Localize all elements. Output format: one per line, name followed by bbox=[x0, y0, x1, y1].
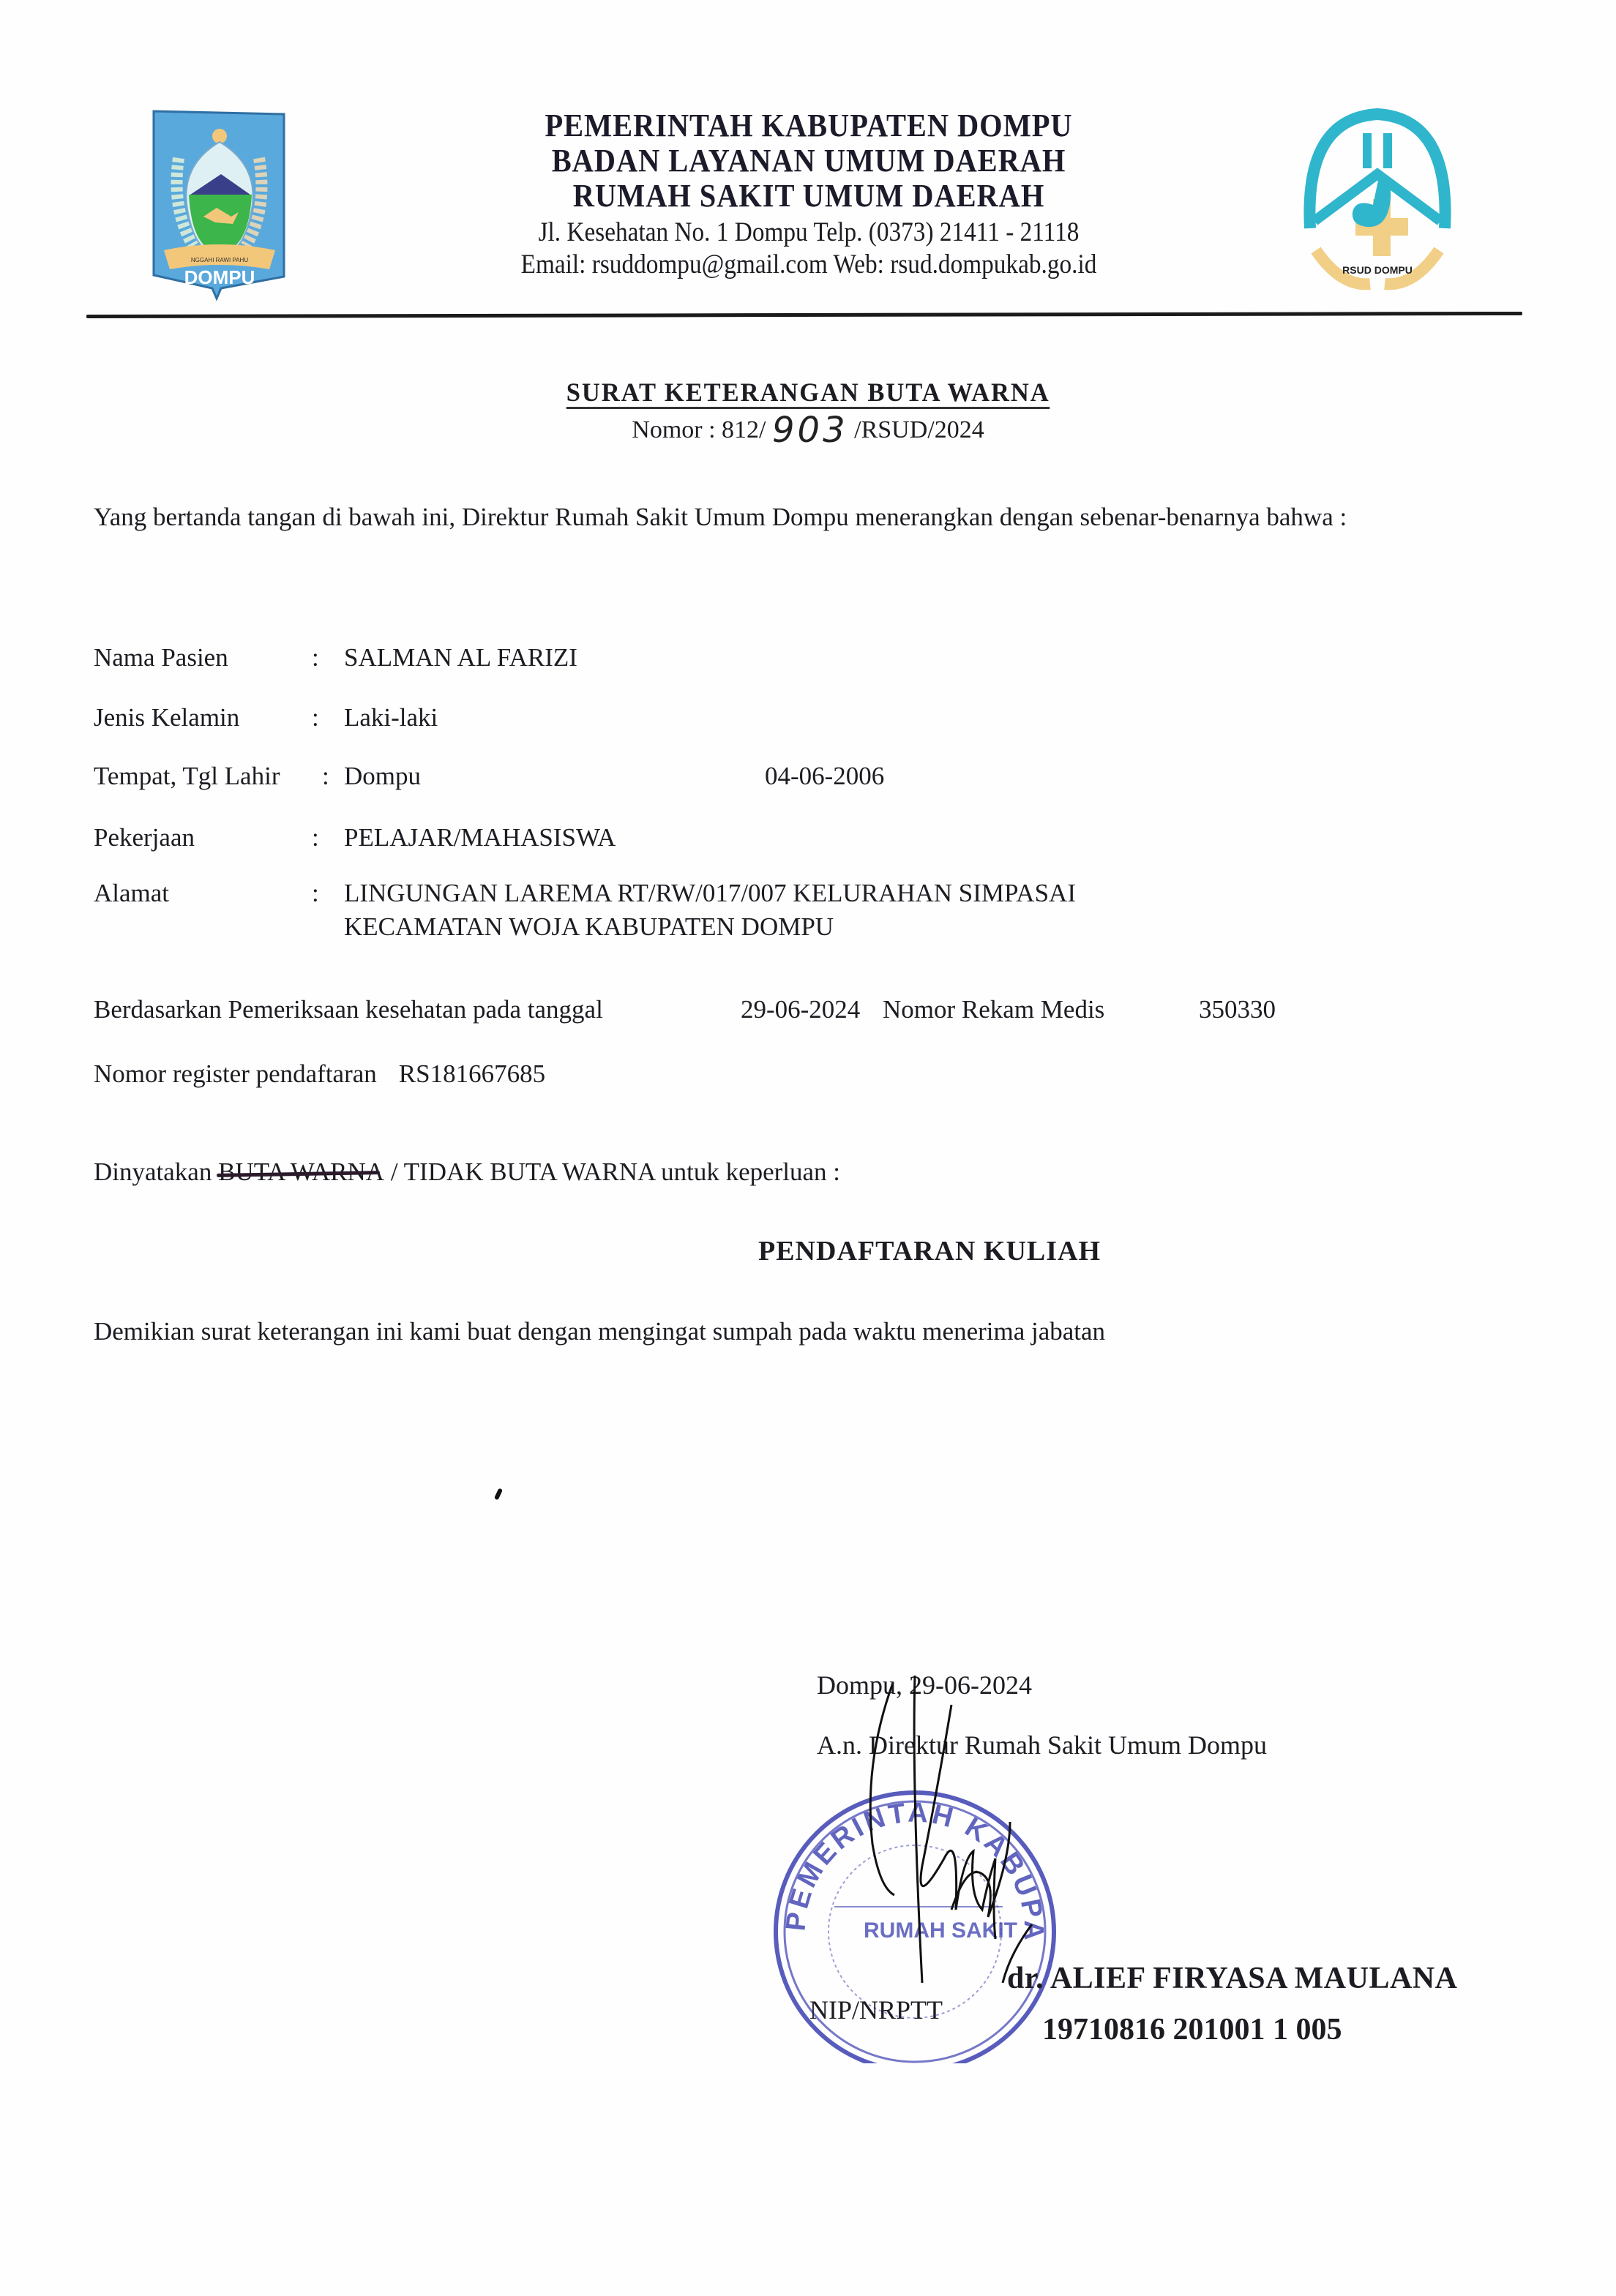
field-label: Pekerjaan bbox=[94, 821, 312, 855]
medical-record-number: 350330 bbox=[1199, 995, 1276, 1024]
field-gender: Jenis Kelamin : Laki-laki bbox=[94, 701, 438, 735]
medical-record-label: Nomor Rekam Medis bbox=[883, 995, 1104, 1024]
field-label: Nama Pasien bbox=[94, 641, 312, 675]
exam-label: Berdasarkan Pemeriksaan kesehatan pada t… bbox=[94, 995, 603, 1024]
svg-text:RSUD DOMPU: RSUD DOMPU bbox=[1342, 264, 1413, 276]
document-heading: SURAT KETERANGAN BUTA WARNA bbox=[566, 378, 1050, 409]
closing-statement: Demikian surat keterangan ini kami buat … bbox=[94, 1317, 1105, 1346]
letterhead: PEMERINTAH KABUPATEN DOMPU BADAN LAYANAN… bbox=[307, 108, 1310, 281]
field-colon: : bbox=[312, 877, 344, 944]
regency-coat-of-arms-icon: NGGAHI RAWI PAHU DOMPU bbox=[149, 107, 288, 304]
field-label: Tempat, Tgl Lahir bbox=[94, 759, 322, 793]
letterhead-contact: Email: rsuddompu@gmail.com Web: rsud.dom… bbox=[358, 249, 1260, 281]
registration-label: Nomor register pendaftaran bbox=[94, 1059, 377, 1088]
birth-date: 04-06-2006 bbox=[765, 759, 884, 793]
field-address: Alamat : LINGUNGAN LAREMA RT/RW/017/007 … bbox=[94, 877, 1076, 944]
color-blind-statement: Dinyatakan BUTA WARNA / TIDAK BUTA WARNA… bbox=[94, 1158, 840, 1187]
field-value: PELAJAR/MAHASISWA bbox=[344, 821, 616, 855]
selected-option: TIDAK BUTA WARNA bbox=[404, 1158, 655, 1186]
svg-text:DOMPU: DOMPU bbox=[184, 266, 255, 288]
struck-option: BUTA WARNA bbox=[218, 1158, 384, 1187]
letterhead-line: BADAN LAYANAN UMUM DAERAH bbox=[348, 143, 1270, 179]
field-colon: : bbox=[312, 821, 344, 855]
field-value: LINGUNGAN LAREMA RT/RW/017/007 KELURAHAN… bbox=[344, 877, 1076, 944]
hospital-logo-icon: RSUD DOMPU bbox=[1297, 104, 1458, 296]
svg-text:NGGAHI RAWI PAHU: NGGAHI RAWI PAHU bbox=[191, 257, 248, 263]
field-occupation: Pekerjaan : PELAJAR/MAHASISWA bbox=[94, 821, 616, 855]
document-number: Nomor : 812/ 903 /RSUD/2024 bbox=[0, 410, 1616, 451]
letterhead-divider bbox=[86, 312, 1522, 318]
signature-icon bbox=[812, 1676, 1061, 1983]
registration-info: Nomor register pendaftaranRS181667685 bbox=[94, 1059, 545, 1089]
number-prefix: Nomor : 812/ bbox=[632, 416, 766, 443]
field-value: Laki-laki bbox=[344, 701, 438, 735]
field-colon: : bbox=[312, 701, 344, 735]
exam-date: 29-06-2024 bbox=[741, 995, 860, 1024]
field-label: Jenis Kelamin bbox=[94, 701, 312, 735]
nip-label: NIP/NRPTT bbox=[809, 1995, 943, 2025]
number-suffix: /RSUD/2024 bbox=[854, 416, 984, 443]
field-value: SALMAN AL FARIZI bbox=[344, 641, 577, 675]
statement-suffix: untuk keperluan : bbox=[654, 1158, 840, 1186]
field-patient-name: Nama Pasien : SALMAN AL FARIZI bbox=[94, 641, 577, 675]
field-colon: : bbox=[322, 759, 344, 793]
letterhead-line: RUMAH SAKIT UMUM DAERAH bbox=[348, 179, 1270, 214]
purpose: PENDAFTARAN KULIAH bbox=[758, 1235, 1101, 1267]
stray-mark bbox=[494, 1487, 503, 1500]
statement-prefix: Dinyatakan bbox=[94, 1158, 218, 1186]
signatory-name: dr. ALIEF FIRYASA MAULANA bbox=[1007, 1961, 1457, 1996]
number-handwritten: 903 bbox=[772, 410, 848, 451]
field-birth: Tempat, Tgl Lahir : Dompu 04-06-2006 bbox=[94, 759, 1118, 793]
letterhead-address: Jl. Kesehatan No. 1 Dompu Telp. (0373) 2… bbox=[358, 217, 1260, 249]
statement-separator: / bbox=[384, 1158, 404, 1186]
intro-paragraph: Yang bertanda tangan di bawah ini, Direk… bbox=[94, 500, 1353, 534]
letterhead-line: PEMERINTAH KABUPATEN DOMPU bbox=[348, 108, 1270, 143]
field-colon: : bbox=[312, 641, 344, 675]
document-title: SURAT KETERANGAN BUTA WARNA bbox=[0, 378, 1616, 409]
field-label: Alamat bbox=[94, 877, 312, 944]
signatory-nip: 19710816 201001 1 005 bbox=[1042, 2012, 1342, 2047]
field-value: Dompu bbox=[344, 759, 421, 793]
registration-number: RS181667685 bbox=[399, 1059, 545, 1088]
